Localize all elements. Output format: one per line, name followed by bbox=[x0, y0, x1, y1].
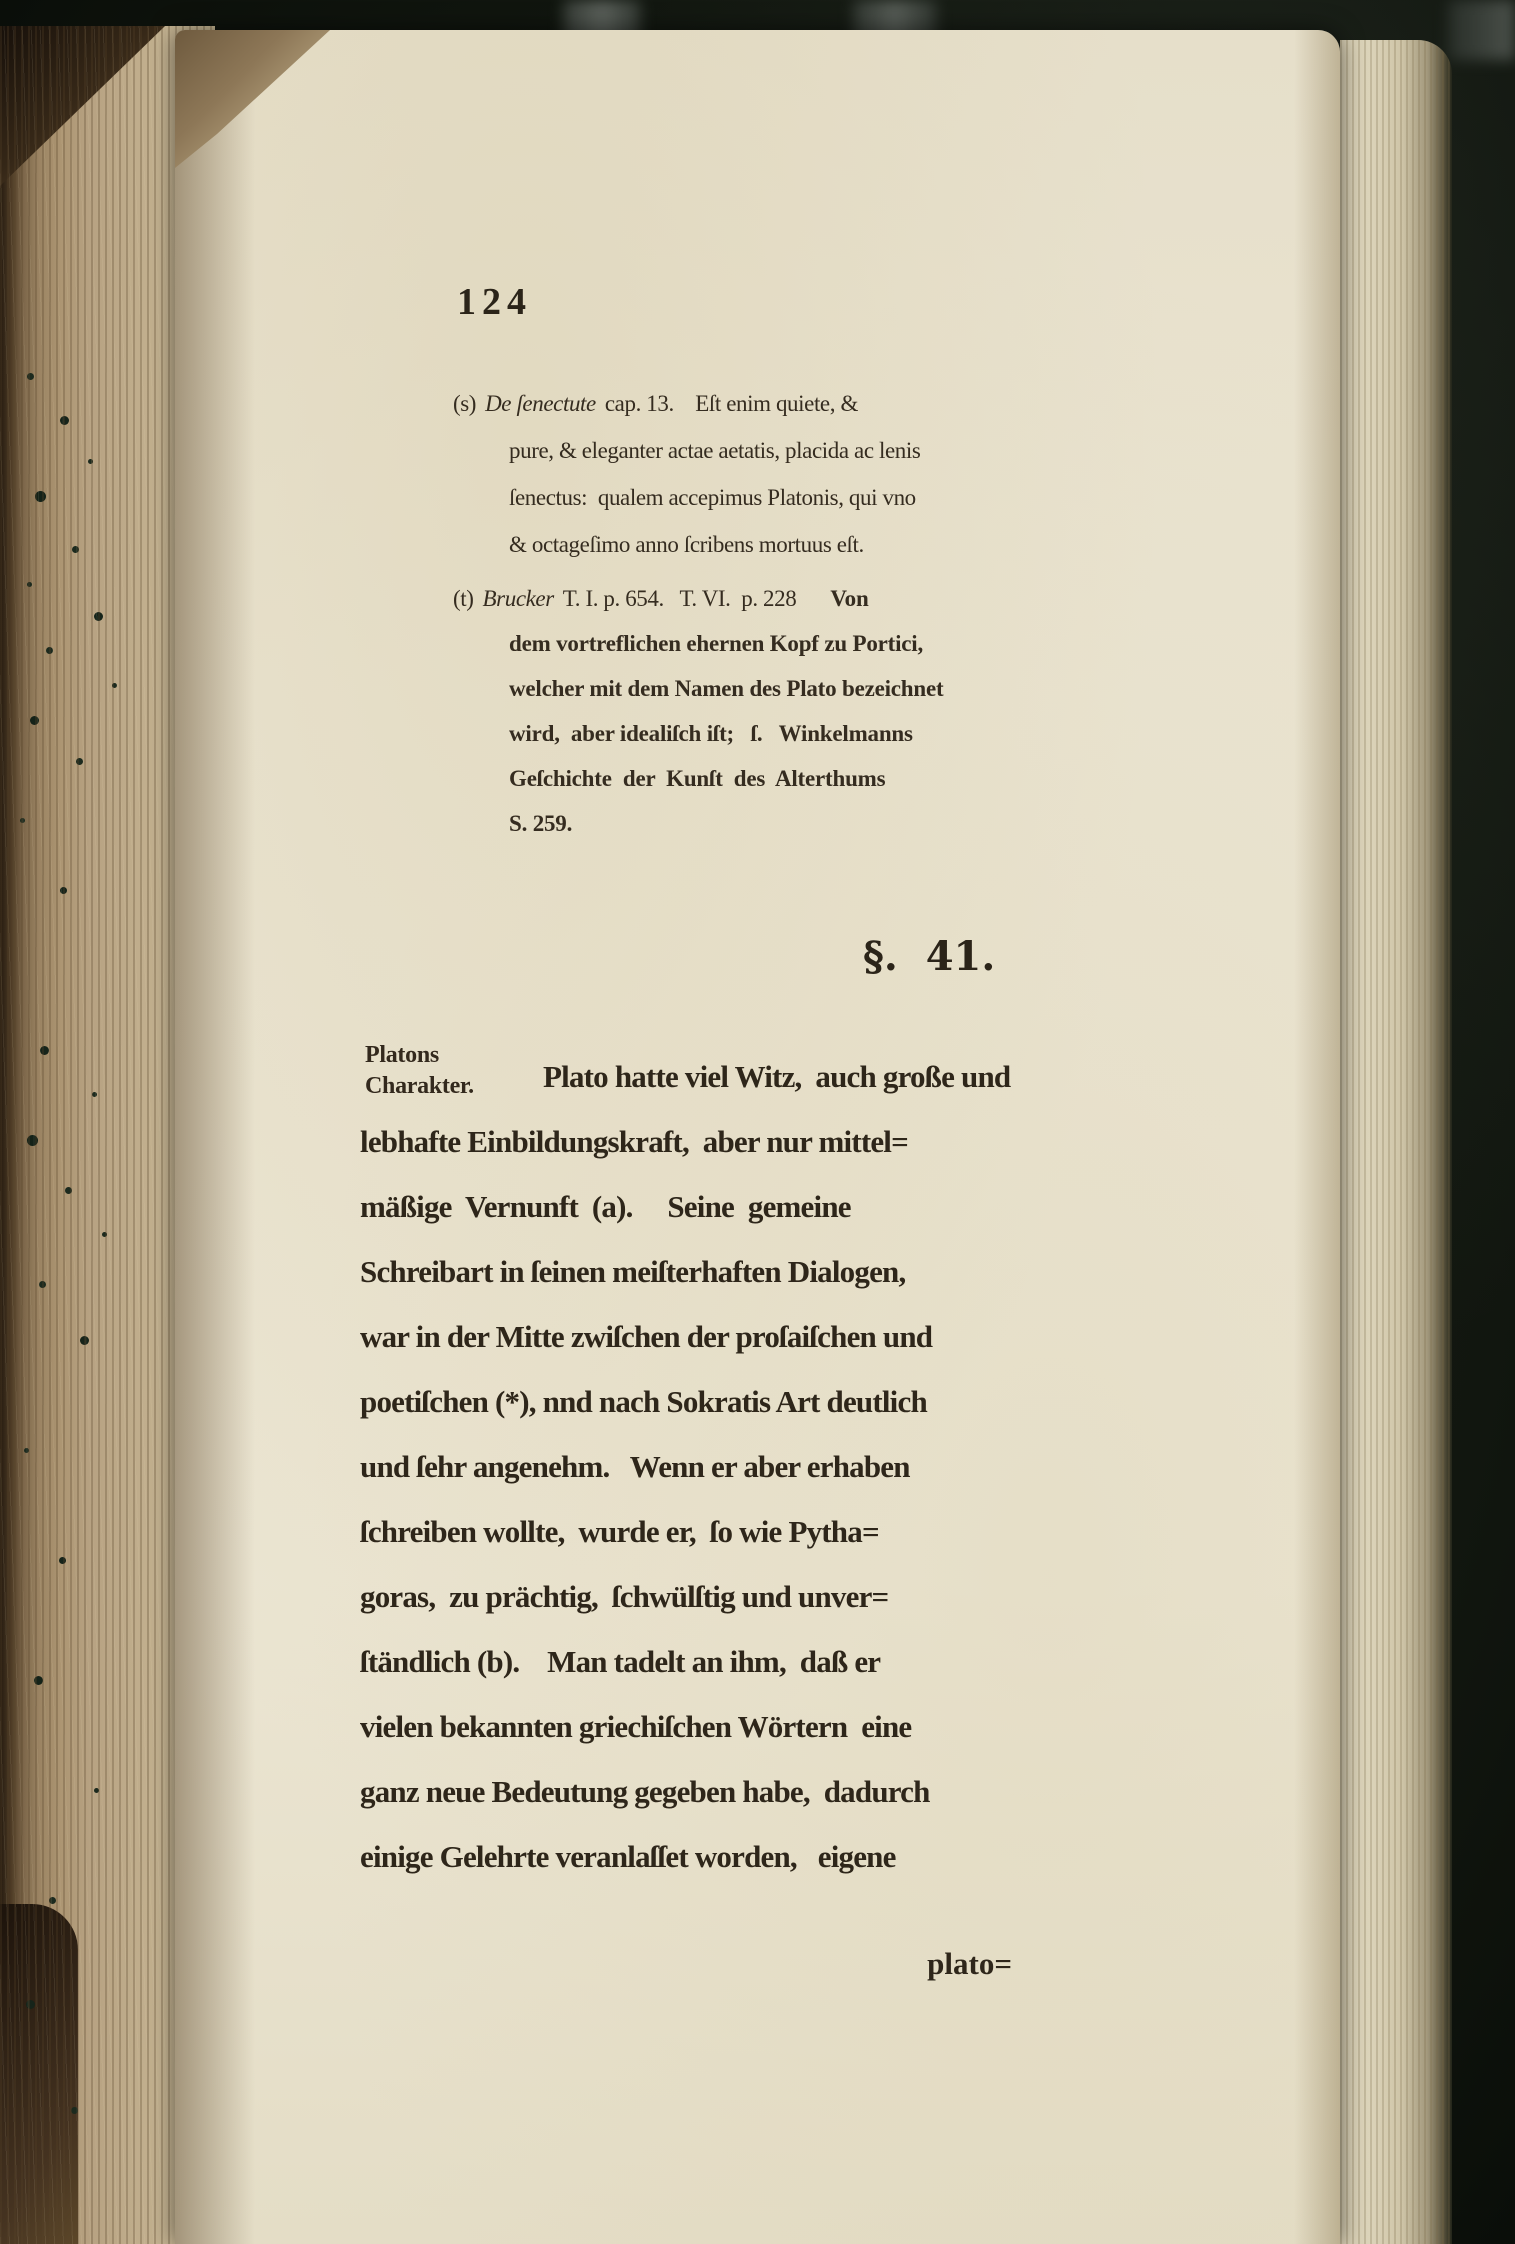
book-page: 124 (s)De ſenectutecap. 13. Eſt enim qui… bbox=[175, 30, 1340, 2244]
footnote-s-line3: ſenectus: qualem accepimus Platonis, qui… bbox=[453, 474, 1053, 521]
body-line: ſtändlich (b). Man tadelt an ihm, daß er bbox=[360, 1629, 1060, 1694]
background-object-right bbox=[1448, 0, 1515, 60]
footnote-t-line6: S. 259. bbox=[453, 801, 1053, 846]
body-paragraph: Plato hatte viel Witz, auch große und le… bbox=[360, 1044, 1060, 1889]
footnote-t-marker: (t) bbox=[453, 586, 474, 611]
leather-corner-top bbox=[0, 26, 165, 186]
footnote-t-line2: dem vortreflichen ehernen Kopf zu Portic… bbox=[453, 621, 1053, 666]
footnote-t-line1: (t)BruckerT. I. p. 654. T. VI. p. 228Von bbox=[453, 576, 1053, 621]
body-line: mäßige Vernunft (a). Seine gemeine bbox=[360, 1174, 1060, 1239]
body-line: Plato hatte viel Witz, auch große und bbox=[360, 1044, 1060, 1109]
footnote-t-line1-fraktur: Von bbox=[830, 586, 868, 611]
body-line: einige Gelehrte veranlaſſet worden, eige… bbox=[360, 1824, 1060, 1889]
catchword: plato= bbox=[360, 1946, 1012, 1982]
footnote-s-title: De ſenectute bbox=[485, 391, 596, 416]
footnote-t-line5: Geſchichte der Kunſt des Alterthums bbox=[453, 756, 1053, 801]
footnote-s: (s)De ſenectutecap. 13. Eſt enim quiete,… bbox=[453, 380, 1053, 568]
footnote-t-author: Brucker bbox=[483, 586, 554, 611]
body-line: und ſehr angenehm. Wenn er aber erhaben bbox=[360, 1434, 1060, 1499]
body-line: ſchreiben wollte, wurde er, ſo wie Pytha… bbox=[360, 1499, 1060, 1564]
spine-speckles bbox=[0, 26, 5, 31]
leather-corner-bottom bbox=[0, 1904, 78, 2244]
page-number: 124 bbox=[457, 280, 532, 324]
body-line: lebhafte Einbildungskraft, aber nur mitt… bbox=[360, 1109, 1060, 1174]
body-line: Schreibart in ſeinen meiſterhaften Dialo… bbox=[360, 1239, 1060, 1304]
footnote-s-line1-rest: cap. 13. Eſt enim quiete, & bbox=[605, 391, 858, 416]
torn-corner bbox=[175, 30, 345, 180]
footnote-s-line1: (s)De ſenectutecap. 13. Eſt enim quiete,… bbox=[453, 380, 1053, 427]
footnote-t-reference: T. I. p. 654. T. VI. p. 228 bbox=[563, 586, 797, 611]
body-line: vielen bekannten griechiſchen Wörtern ei… bbox=[360, 1694, 1060, 1759]
footnote-s-line2: pure, & eleganter actae aetatis, placida… bbox=[453, 427, 1053, 474]
body-line: poetiſchen (*), nnd nach Sokratis Art de… bbox=[360, 1369, 1060, 1434]
footnote-s-marker: (s) bbox=[453, 391, 476, 416]
footnote-s-line4: & octageſimo anno ſcribens mortuus eſt. bbox=[453, 521, 1053, 568]
book-photo: 124 (s)De ſenectutecap. 13. Eſt enim qui… bbox=[0, 0, 1515, 2244]
footnote-t-line4: wird, aber idealiſch iſt; ſ. Winkelmanns bbox=[453, 711, 1053, 756]
section-heading: §. 41. bbox=[863, 933, 995, 980]
footnote-t-line3: welcher mit dem Namen des Plato bezeichn… bbox=[453, 666, 1053, 711]
body-line: goras, zu prächtig, ſchwülſtig und unver… bbox=[360, 1564, 1060, 1629]
footnote-t: (t)BruckerT. I. p. 654. T. VI. p. 228Von… bbox=[453, 576, 1053, 846]
body-line: war in der Mitte zwiſchen der proſaiſche… bbox=[360, 1304, 1060, 1369]
body-line: ganz neue Bedeutung gegeben habe, dadurc… bbox=[360, 1759, 1060, 1824]
right-page-edges bbox=[1340, 40, 1452, 2244]
